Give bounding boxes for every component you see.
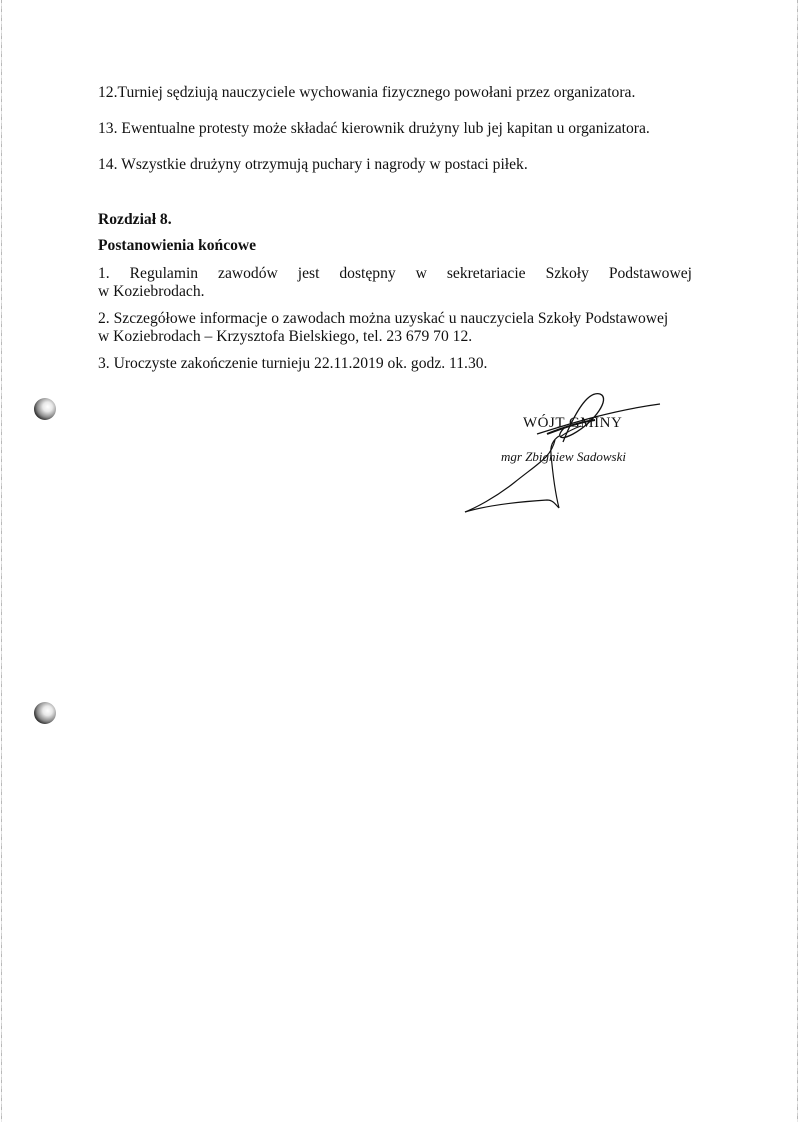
final-item-1-line1: 1. Regulamin zawodów jest dostępny w sek… [98,265,692,283]
rule-12: 12.Turniej sędziują nauczyciele wychowan… [98,84,635,102]
punch-hole-icon [34,398,56,420]
rule-14: 14. Wszystkie drużyny otrzymują puchary … [98,156,528,174]
final-item-2-line1: 2. Szczegółowe informacje o zawodach moż… [98,310,668,328]
chapter-title: Postanowienia końcowe [98,237,256,255]
handwritten-signature-icon [455,382,670,517]
scan-edge-left [1,0,2,1122]
final-item-1-line2: w Koziebrodach. [98,283,205,301]
scan-edge-right [797,0,798,1122]
chapter-number: Rozdział 8. [98,211,172,229]
final-item-2-line2: w Koziebrodach – Krzysztofa Bielskiego, … [98,328,472,346]
punch-hole-icon [34,702,56,724]
rule-13: 13. Ewentualne protesty może składać kie… [98,120,650,138]
final-item-3: 3. Uroczyste zakończenie turnieju 22.11.… [98,355,487,373]
signature-block: WÓJT GMINY mgr Zbigniew Sadowski [455,382,670,517]
